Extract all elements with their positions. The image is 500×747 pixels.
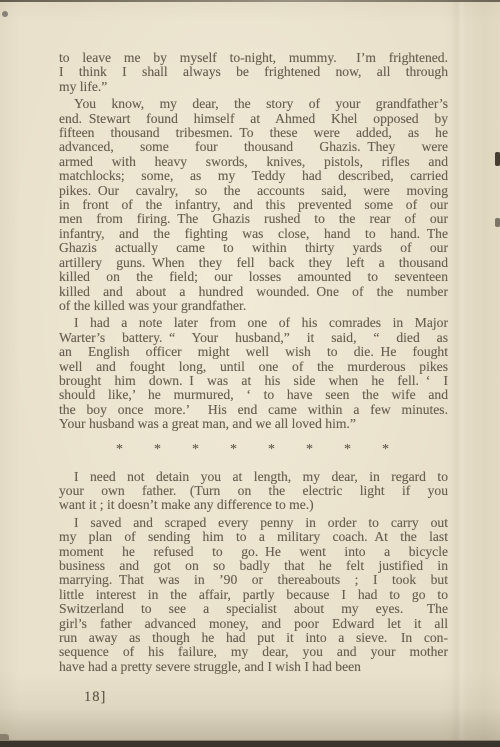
text-line: Warter’s battery. “ Your husband,” it sa… xyxy=(59,331,448,345)
text-line: men from firing. The Ghazis rushed to th… xyxy=(59,212,448,226)
text-line: fifteen thousand tribesmen. To these wer… xyxy=(59,126,448,140)
asterisk: * xyxy=(192,444,199,456)
text-line: your own father. (Turn on the electric l… xyxy=(59,484,448,498)
text-line: I think I shall always be frightened now… xyxy=(59,65,448,79)
text-line: advanced, some four thousand Ghazis. The… xyxy=(59,140,448,154)
asterisk-separator: ******** xyxy=(116,444,389,456)
asterisk: * xyxy=(116,444,123,456)
text-line: in front of the infantry, and this preve… xyxy=(59,198,448,212)
text-line: I had a note later from one of his comra… xyxy=(59,316,448,330)
text-line: want it ; it doesn’t make any difference… xyxy=(59,498,448,512)
asterisk: * xyxy=(344,444,351,456)
text-line: Switzerland to see a specialist about my… xyxy=(59,602,448,616)
text-line: I need not detain you at length, my dear… xyxy=(59,470,448,484)
paragraph: I saved and scraped every penny in order… xyxy=(59,516,448,674)
text-line: well and fought long, until one of the m… xyxy=(59,360,448,374)
text-line: matchlocks; some, as my Teddy had descri… xyxy=(59,169,448,183)
paragraph: I had a note later from one of his comra… xyxy=(59,316,448,431)
text-line: the boy once more.’ His end came within … xyxy=(59,403,448,417)
ink-speck-right-lower xyxy=(495,218,500,227)
text-line: of the killed was your grandfather. xyxy=(59,299,448,313)
ink-speck-right-upper xyxy=(495,152,500,166)
asterisk: * xyxy=(268,444,275,456)
ink-speck-top-left xyxy=(2,11,8,17)
text-line: moment he refused to go. He went into a … xyxy=(59,545,448,559)
text-line: my plan of sending him to a military coa… xyxy=(59,530,448,544)
text-line: my life.” xyxy=(59,80,448,94)
paragraph: I need not detain you at length, my dear… xyxy=(59,470,448,513)
text-line: should like,’ he murmured, ‘ to have see… xyxy=(59,388,448,402)
text-line: business and got on so badly that he fel… xyxy=(59,559,448,573)
text-line: pikes. Our cavalry, so the accounts said… xyxy=(59,184,448,198)
text-line: to leave me by myself to-night, mummy. I… xyxy=(59,51,448,65)
asterisk: * xyxy=(382,444,389,456)
text-line: marrying. That was in ’90 or thereabouts… xyxy=(59,573,448,587)
page-crease xyxy=(450,0,466,747)
text-line: girl’s father advanced money, and poor E… xyxy=(59,617,448,631)
asterisk: * xyxy=(154,444,161,456)
asterisk: * xyxy=(306,444,313,456)
paragraph: You know, my dear, the story of your gra… xyxy=(59,97,448,313)
asterisk: * xyxy=(230,444,237,456)
text-line: Ghazis actually came to within thirty ya… xyxy=(59,241,448,255)
text-line: little interest in the affair, partly be… xyxy=(59,588,448,602)
text-line: sequence of his failure, my dear, you an… xyxy=(59,645,448,659)
text-line: Your husband was a great man, and we all… xyxy=(59,417,448,431)
text-line: infantry, and the fighting was close, ha… xyxy=(59,227,448,241)
text-line: artillery guns. When they fell back they… xyxy=(59,256,448,270)
page-number: 18] xyxy=(84,689,106,706)
text-line: run away as though he had put it into a … xyxy=(59,631,448,645)
page-bottom-shadow xyxy=(0,708,500,740)
text-line: brought him down. I was at his side when… xyxy=(59,374,448,388)
text-block: to leave me by myself to-night, mummy. I… xyxy=(59,51,448,677)
paragraph: to leave me by myself to-night, mummy. I… xyxy=(59,51,448,94)
text-line: have had a pretty severe struggle, and I… xyxy=(59,660,448,674)
book-page: to leave me by myself to-night, mummy. I… xyxy=(0,0,500,747)
text-line: You know, my dear, the story of your gra… xyxy=(59,97,448,111)
text-line: end. Stewart found himself at Ahmed Khel… xyxy=(59,112,448,126)
text-line: armed with heavy swords, knives, pistols… xyxy=(59,155,448,169)
page-bottom-edge xyxy=(0,740,500,747)
text-line: I saved and scraped every penny in order… xyxy=(59,516,448,530)
text-line: killed and about a hundred wounded. One … xyxy=(59,285,448,299)
text-line: killed on the field; our losses amounted… xyxy=(59,270,448,284)
text-line: an English officer might well wish to di… xyxy=(59,345,448,359)
page-top-edge-shadow xyxy=(0,0,500,2)
